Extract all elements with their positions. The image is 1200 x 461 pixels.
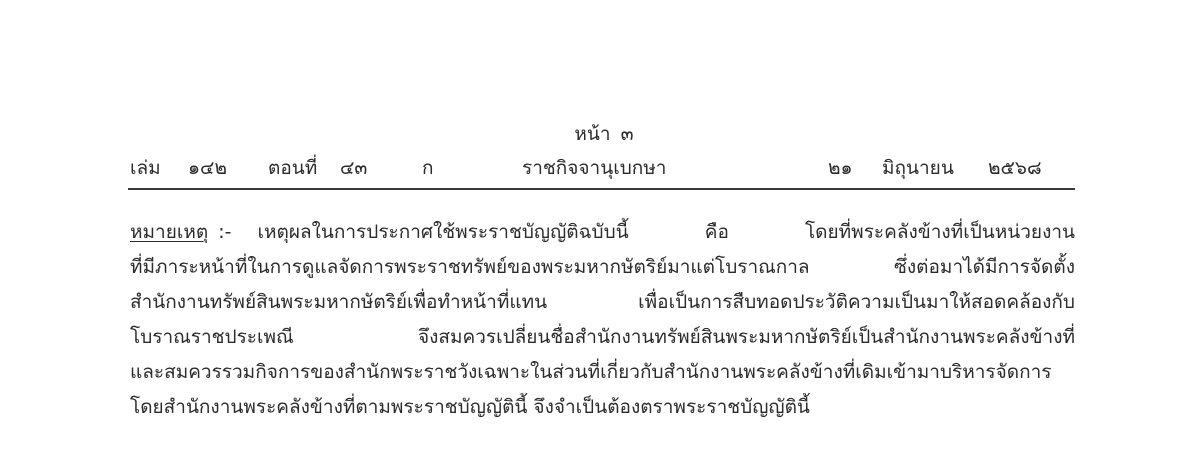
section-letter: ก bbox=[422, 153, 434, 183]
note-line-6: โดยสำนักงานพระคลังข้างที่ตามพระราชบัญญัต… bbox=[130, 390, 1075, 425]
page-number-label: หน้า bbox=[574, 123, 610, 145]
note-text-1: เหตุผลในการประกาศใช้พระราชบัญญัติฉบับนี้… bbox=[257, 221, 1075, 243]
date-day: ๒๑ bbox=[828, 153, 853, 183]
page-number: หน้า๓ bbox=[0, 120, 1200, 148]
volume-label: เล่ม bbox=[130, 153, 161, 183]
volume-number: ๑๔๒ bbox=[188, 153, 227, 183]
remarks-section: หมายเหตุ:-เหตุผลในการประกาศใช้พระราชบัญญ… bbox=[130, 215, 1075, 425]
date-year: ๒๕๖๘ bbox=[988, 153, 1042, 183]
gazette-header: เล่ม ๑๔๒ ตอนที่ ๔๓ ก ราชกิจจานุเบกษา ๒๑ … bbox=[130, 153, 1075, 183]
note-line-5: และสมควรรวมกิจการของสำนักพระราชวังเฉพาะใ… bbox=[130, 355, 1075, 390]
date-month: มิถุนายน bbox=[882, 153, 954, 183]
gazette-page: หน้า๓ เล่ม ๑๔๒ ตอนที่ ๔๓ ก ราชกิจจานุเบก… bbox=[0, 0, 1200, 461]
note-line-4: โบราณราชประเพณี จึงสมควรเปลี่ยนชื่อสำนัก… bbox=[130, 320, 1075, 355]
note-separator: :- bbox=[218, 221, 231, 243]
issue-number: ๔๓ bbox=[340, 153, 367, 183]
note-line-3: สำนักงานทรัพย์สินพระมหากษัตริย์เพื่อทำหน… bbox=[130, 285, 1075, 320]
page-number-value: ๓ bbox=[621, 123, 634, 145]
note-line-2: ที่มีภาระหน้าที่ในการดูแลจัดการพระราชทรั… bbox=[130, 250, 1075, 285]
issue-label: ตอนที่ bbox=[268, 153, 317, 183]
gazette-name: ราชกิจจานุเบกษา bbox=[522, 153, 666, 183]
header-divider bbox=[128, 188, 1075, 190]
note-label: หมายเหตุ bbox=[130, 221, 208, 243]
note-line-1: หมายเหตุ:-เหตุผลในการประกาศใช้พระราชบัญญ… bbox=[130, 215, 1075, 250]
